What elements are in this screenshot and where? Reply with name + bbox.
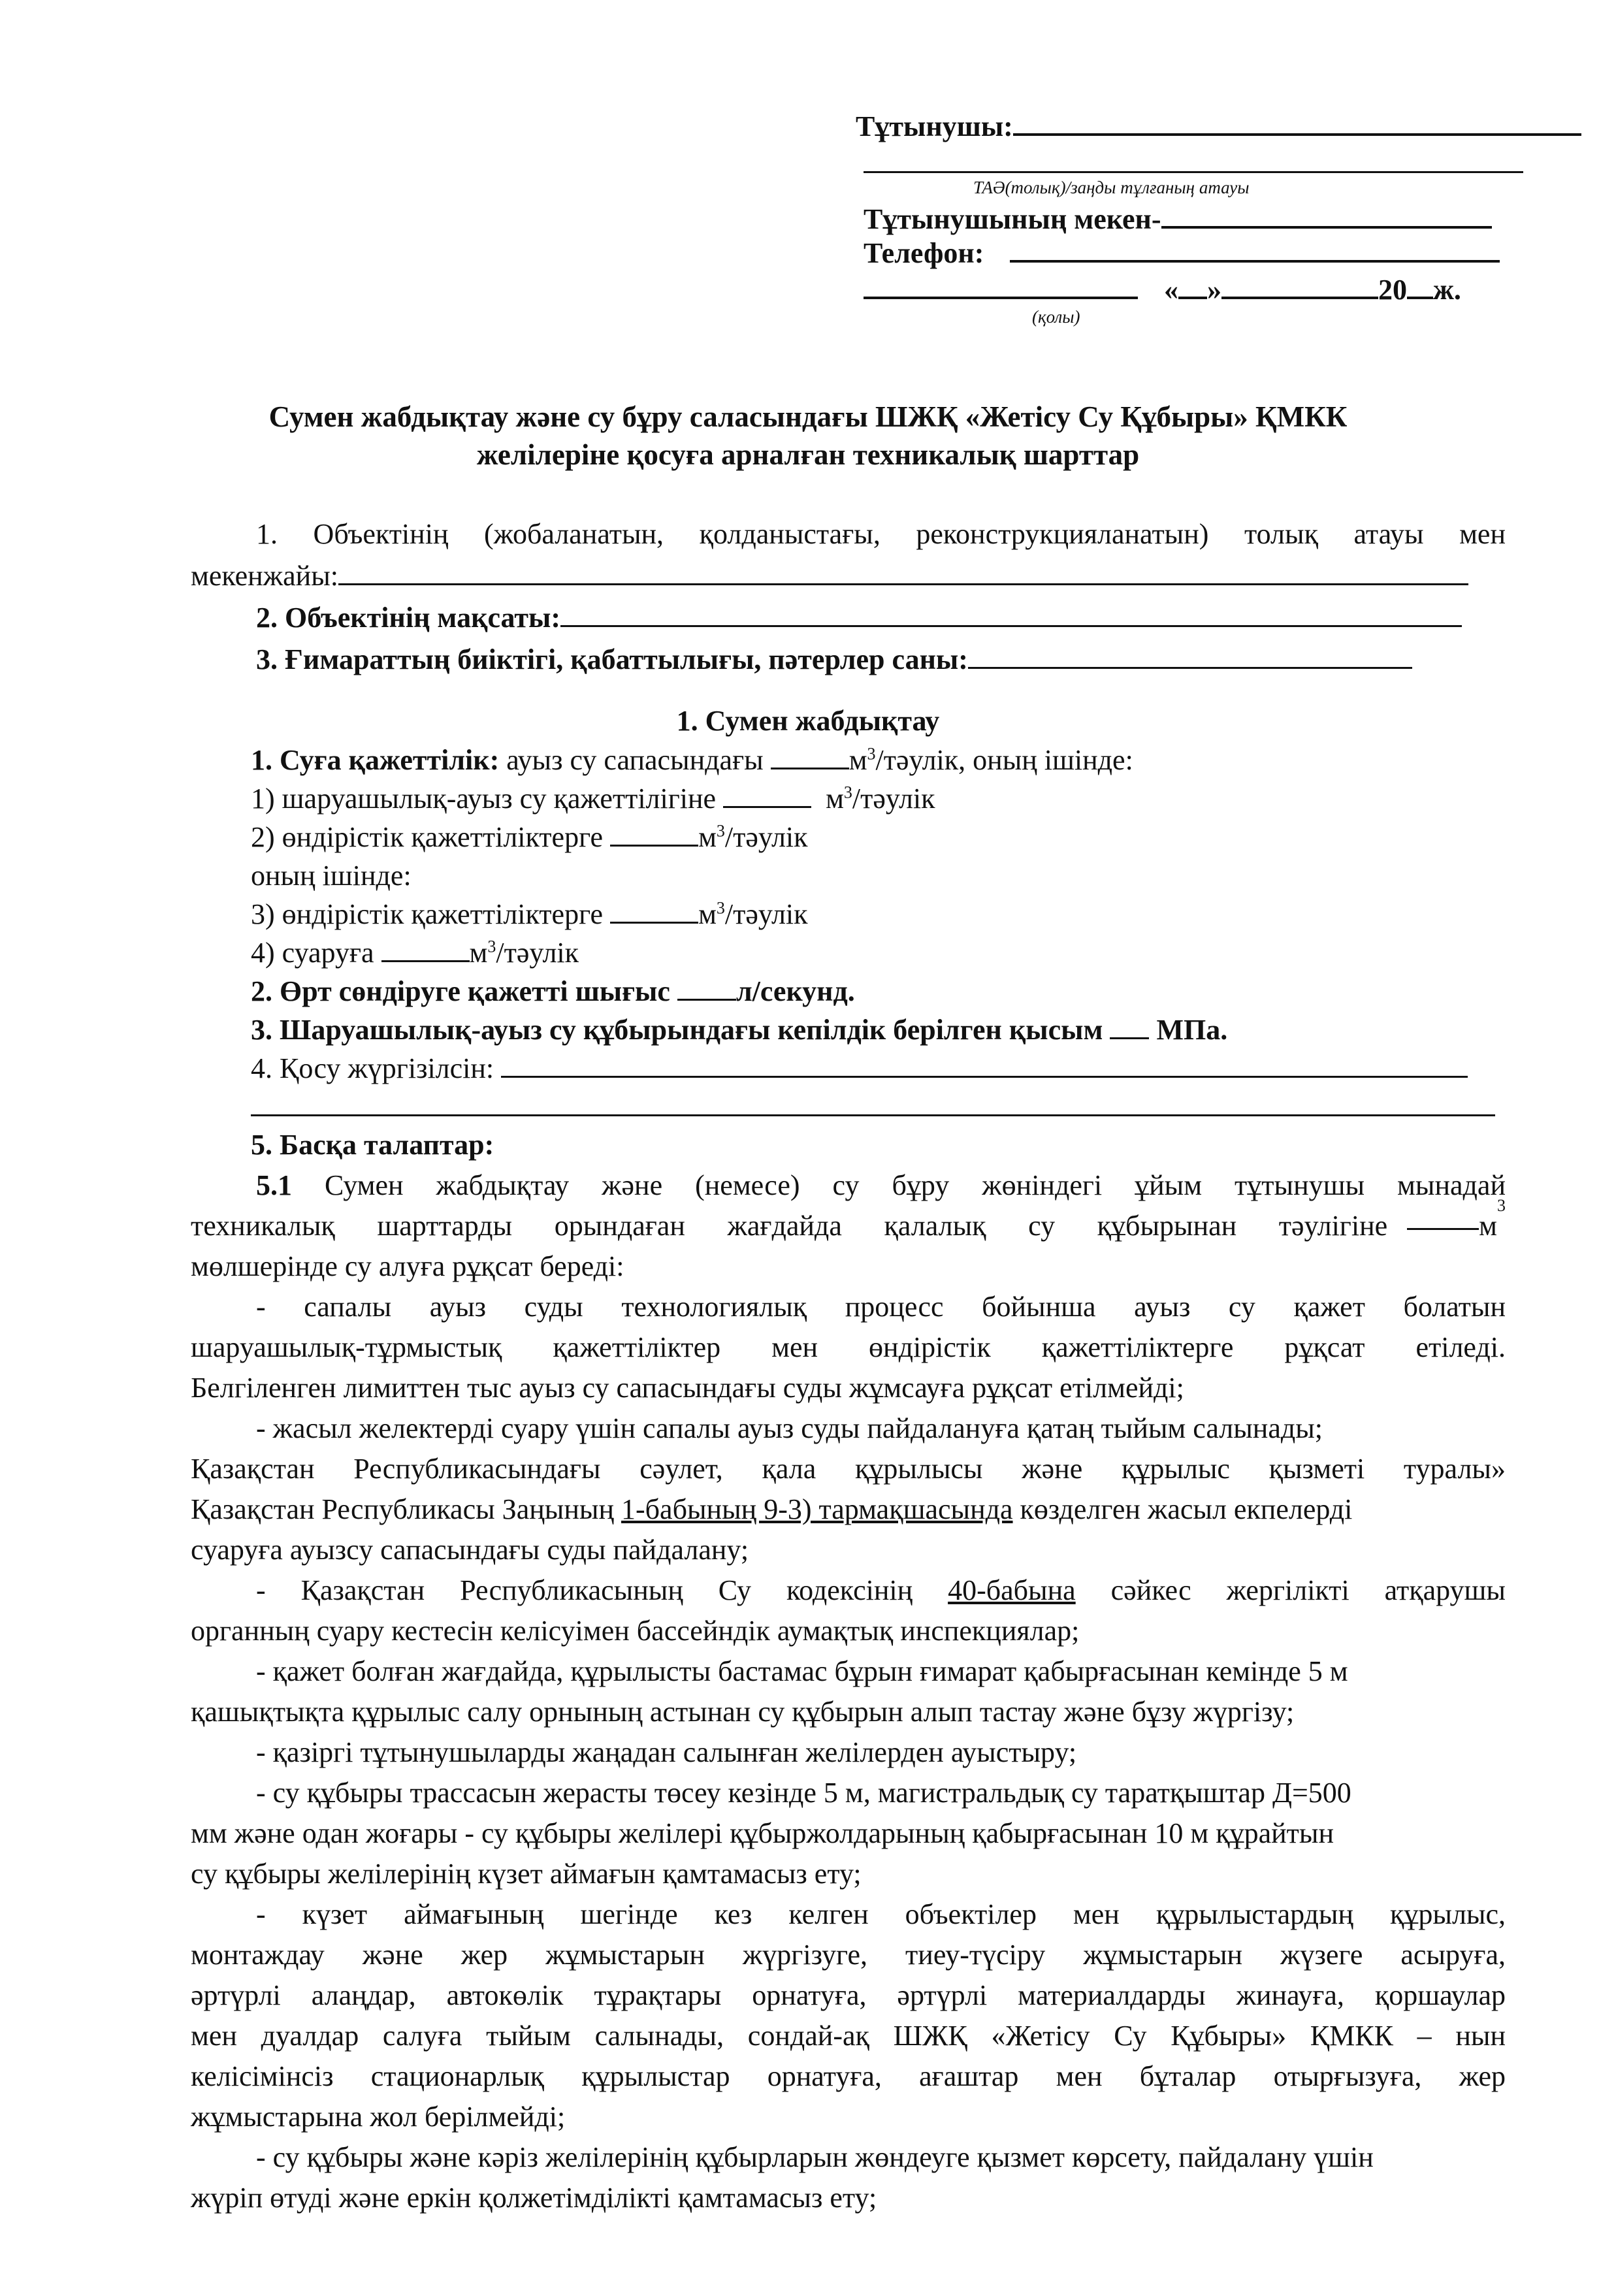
bullet-2-line-1: - жасыл желектерді суару үшін сапалы ауы… <box>191 1408 1506 1449</box>
water-need-text: ауыз су сапасындағы <box>499 744 770 776</box>
bullet-2-line-3: Қазақстан Республикасы Заңының 1-бабының… <box>191 1489 1506 1530</box>
unit-sup: 3 <box>717 821 725 840</box>
p51-text-2: техникалық шарттарды орындаған жағдайда … <box>191 1206 1387 1246</box>
unit: м <box>470 937 488 969</box>
pressure-label: 3. Шаруашылық-ауыз су құбырындағы кепілд… <box>251 1014 1110 1046</box>
bullet-7-line-1: - күзет аймағының шегінде кез келген объ… <box>191 1894 1506 1935</box>
bullet-7-line-6: жұмыстарына жол берілмейді; <box>191 2097 1506 2137</box>
unit: м <box>826 783 844 815</box>
date-year-field[interactable] <box>1407 297 1433 299</box>
bullet-6-line-2: мм және одан жоғары - су құбыры желілері… <box>191 1813 1506 1854</box>
bullet-2-line-2: Қазақстан Республикасындағы сәулет, қала… <box>191 1449 1506 1489</box>
bullet-2-line-4: суаруға ауызсу сапасындағы суды пайдалан… <box>191 1530 1506 1570</box>
signature-field[interactable] <box>864 297 1138 299</box>
bullet-7-line-3: әртүрлі алаңдар, автокөлік тұрақтары орн… <box>191 1975 1506 2016</box>
unit: м <box>698 821 717 853</box>
bullet-8-line-2: жүріп өтуді және еркін қолжетімділікті қ… <box>191 2178 1506 2218</box>
date-month-field[interactable] <box>1221 297 1378 299</box>
date-close-quote: » <box>1207 274 1221 306</box>
law-text: Қазақстан Республикасы Заңының <box>191 1493 621 1525</box>
phone-label: Телефон: <box>864 237 984 269</box>
connection-label: 4. Қосу жүргізілсін: <box>251 1052 501 1084</box>
unit: м <box>698 898 717 930</box>
bullet-6-line-3: су құбыры желілерінің күзет аймағын қамт… <box>191 1854 1506 1894</box>
unit-sup: 3 <box>1497 1206 1506 1246</box>
household-need-field[interactable] <box>723 784 811 808</box>
p51-line-1: 5.1 Сумен жабдықтау және (немесе) су бұр… <box>191 1165 1506 1206</box>
water-need-label: 1. Суға қажеттілік: <box>251 744 499 776</box>
name-hint: ТАӘ(толық)/заңды тұлғаның атауы <box>973 178 1250 198</box>
bullet-1-line-3: Белгіленген лимиттен тыс ауыз су сапасын… <box>191 1368 1506 1408</box>
fire-flow-label: 2. Өрт сөндіруге қажетті шығыс <box>251 975 677 1007</box>
object-address-field[interactable] <box>338 557 1468 585</box>
other-requirements: 5. Басқа талаптар: 5.1 Сумен жабдықтау ж… <box>191 1125 1506 2218</box>
object-name-line: 1. Объектінің (жобаланатын, қолданыстағы… <box>191 513 1506 555</box>
fire-flow-unit: л/секунд. <box>736 975 855 1007</box>
date-day-field[interactable] <box>1178 297 1207 299</box>
p51-line-2: техникалық шарттарды орындаған жағдайда … <box>191 1206 1506 1246</box>
industrial-need-label: 2) өндірістік қажеттіліктерге <box>251 821 610 853</box>
connection-field-2[interactable] <box>251 1088 1495 1116</box>
object-purpose-field[interactable] <box>560 599 1462 627</box>
unit-sup: 3 <box>717 898 725 917</box>
document-title-line-2: желілеріне қосуға арналған техникалық ша… <box>0 438 1616 472</box>
connection-row-2 <box>191 1088 1506 1126</box>
irrigation-need-row: 4) суаруға м3/тәулік <box>191 933 1506 972</box>
phone-field[interactable] <box>1010 260 1500 263</box>
p51-number: 5.1 <box>256 1169 292 1201</box>
code-text: - Қазақстан Республикасының Су кодексіні… <box>256 1574 948 1606</box>
object-info: 1. Объектінің (жобаланатын, қолданыстағы… <box>191 513 1506 681</box>
irrigation-need-field[interactable] <box>381 938 470 962</box>
address-row: Тұтынушының мекен- <box>864 202 1492 236</box>
consumer-row: Тұтынушы: <box>856 110 1581 143</box>
industrial-need-2-field[interactable] <box>610 899 698 924</box>
bullet-1-line-2: шаруашылық-тұрмыстық қажеттіліктер мен ө… <box>191 1327 1506 1368</box>
object-purpose-row: 2. Объектінің мақсаты: <box>191 597 1506 639</box>
unit-rest: /тәулік <box>725 821 808 853</box>
bullet-1-line-1: - сапалы ауыз суды технологиялық процесс… <box>191 1287 1506 1327</box>
consumer-name-field-2[interactable] <box>864 171 1523 173</box>
object-address-row: мекенжайы: <box>191 555 1506 597</box>
unit-rest: /тәулік <box>876 744 959 776</box>
irrigation-need-label: 4) суаруға <box>251 937 381 969</box>
unit: м <box>849 744 867 776</box>
bullet-8-line-1: - су құбыры және кәріз желілерінің құбыр… <box>191 2137 1506 2178</box>
other-requirements-title: 5. Басқа талаптар: <box>191 1125 1506 1165</box>
bullet-4-line-1: - қажет болған жағдайда, құрылысты баста… <box>191 1651 1506 1692</box>
signature-hint: (қолы) <box>1032 307 1080 327</box>
bullet-3-line-1: - Қазақстан Республикасының Су кодексіні… <box>191 1570 1506 1611</box>
consumer-name-field[interactable] <box>1013 133 1581 136</box>
unit-sup: 3 <box>867 744 876 763</box>
industrial-need-row: 2) өндірістік қажеттіліктерге м3/тәулік <box>191 818 1506 856</box>
including-label: оның ішінде: <box>191 856 1506 895</box>
connection-field[interactable] <box>501 1050 1468 1078</box>
water-need-field[interactable] <box>771 745 849 769</box>
year-prefix: 20 <box>1378 274 1407 306</box>
industrial-need-2-label: 3) өндірістік қажеттіліктерге <box>251 898 610 930</box>
object-address-label: мекенжайы: <box>191 560 338 592</box>
code-text-2: сәйкес жергілікті атқарушы <box>1076 1574 1506 1606</box>
industrial-need-2-row: 3) өндірістік қажеттіліктерге м3/тәулік <box>191 895 1506 933</box>
consumer-label: Тұтынушы: <box>856 110 1013 142</box>
object-purpose-label: 2. Объектінің мақсаты: <box>256 602 560 634</box>
building-height-row: 3. Ғимараттың биіктігі, қабаттылығы, пәт… <box>191 639 1506 681</box>
unit-rest: /тәулік <box>725 898 808 930</box>
connection-row: 4. Қосу жүргізілсін: <box>191 1049 1506 1088</box>
p51-line-3: мөлшерінде су алуға рұқсат береді: <box>191 1246 1506 1287</box>
fire-flow-row: 2. Өрт сөндіруге қажетті шығыс л/секунд. <box>191 972 1506 1011</box>
household-need-label: 1) шаруашылық-ауыз су қажеттілігіне <box>251 783 723 815</box>
water-supply-heading: 1. Сумен жабдықтау <box>0 704 1616 737</box>
daily-volume-field[interactable] <box>1407 1206 1479 1230</box>
bullet-3-line-2: органның суару кестесін келісуімен бассе… <box>191 1611 1506 1651</box>
unit-sup: 3 <box>487 937 496 956</box>
unit-rest: /тәулік <box>496 937 579 969</box>
signature-date-row: «»20ж. <box>864 273 1461 306</box>
bullet-5-line-1: - қазіргі тұтынушыларды жаңадан салынған… <box>191 1732 1506 1773</box>
water-code-article-link[interactable]: 40-бабына <box>948 1574 1076 1606</box>
bullet-7-line-5: келісімінсіз стационарлық құрылыстар орн… <box>191 2056 1506 2097</box>
bullet-7-line-2: монтаждау және жер жұмыстарын жүргізуге,… <box>191 1935 1506 1975</box>
phone-row: Телефон: <box>864 236 1500 270</box>
household-need-row: 1) шаруашылық-ауыз су қажеттілігіне м3/т… <box>191 779 1506 818</box>
date-open-quote: « <box>1164 274 1178 306</box>
water-supply-section: 1. Суға қажеттілік: ауыз су сапасындағы … <box>191 741 1506 1126</box>
pressure-row: 3. Шаруашылық-ауыз су құбырындағы кепілд… <box>191 1011 1506 1049</box>
address-field[interactable] <box>1161 226 1492 229</box>
bullet-7-line-4: мен дуалдар салуға тыйым салынады, сонда… <box>191 2016 1506 2056</box>
p51-text: Сумен жабдықтау және (немесе) су бұру жө… <box>292 1169 1506 1201</box>
year-suffix: ж. <box>1433 274 1461 306</box>
fire-flow-field[interactable] <box>677 977 736 1001</box>
water-need-row: 1. Суға қажеттілік: ауыз су сапасындағы … <box>191 741 1506 779</box>
building-height-field[interactable] <box>968 641 1412 669</box>
building-height-label: 3. Ғимараттың биіктігі, қабаттылығы, пәт… <box>256 643 968 675</box>
document-title-line-1: Сумен жабдықтау және су бұру саласындағы… <box>0 400 1616 434</box>
unit-sup: 3 <box>844 783 852 801</box>
bullet-4-line-2: қашықтықта құрылыс салу орнының астынан … <box>191 1692 1506 1732</box>
address-label: Тұтынушының мекен- <box>864 203 1161 235</box>
water-need-tail: , оның ішінде: <box>958 744 1133 776</box>
industrial-need-field[interactable] <box>610 822 698 847</box>
unit-rest: /тәулік <box>852 783 935 815</box>
pressure-unit: МПа. <box>1149 1014 1227 1046</box>
pressure-field[interactable] <box>1110 1015 1149 1039</box>
unit: м <box>1479 1206 1497 1246</box>
law-article-link[interactable]: 1-бабының 9-3) тармақшасында <box>621 1493 1013 1525</box>
law-text-2: көзделген жасыл екпелерді <box>1013 1493 1353 1525</box>
bullet-6-line-1: - су құбыры трассасын жерасты төсеу кезі… <box>191 1773 1506 1813</box>
